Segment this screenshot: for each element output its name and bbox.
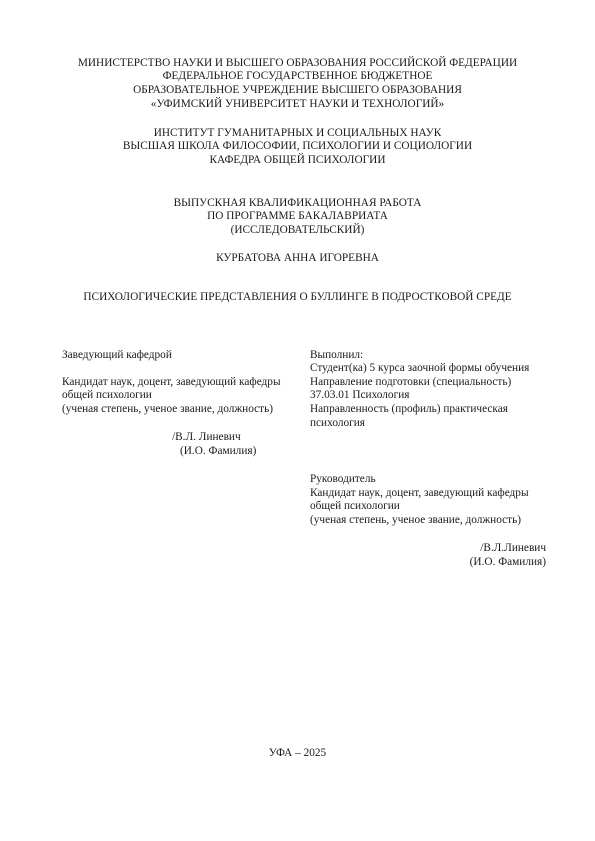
head-position-line: общей психологии — [62, 389, 152, 402]
thesis-title: ПСИХОЛОГИЧЕСКИЕ ПРЕДСТАВЛЕНИЯ О БУЛЛИНГЕ… — [0, 291, 595, 304]
work-type-line: (ИССЛЕДОВАТЕЛЬСКИЙ) — [0, 224, 595, 237]
supervisor-signature-caption: (И.О. Фамилия) — [470, 556, 546, 569]
supervisor-position-line: Кандидат наук, доцент, заведующий кафедр… — [310, 487, 529, 500]
head-signature: /В.Л. Линевич — [172, 431, 241, 444]
header-line: «УФИМСКИЙ УНИВЕРСИТЕТ НАУКИ И ТЕХНОЛОГИЙ… — [0, 98, 595, 111]
performer-line: Направленность (профиль) практическая — [310, 403, 508, 416]
header-line: ОБРАЗОВАТЕЛЬНОЕ УЧРЕЖДЕНИЕ ВЫСШЕГО ОБРАЗ… — [0, 84, 595, 97]
head-signature-caption: (И.О. Фамилия) — [180, 445, 256, 458]
header-line: МИНИСТЕРСТВО НАУКИ И ВЫСШЕГО ОБРАЗОВАНИЯ… — [0, 57, 595, 70]
performer-role: Выполнил: — [310, 349, 363, 362]
institute-line: КАФЕДРА ОБЩЕЙ ПСИХОЛОГИИ — [0, 154, 595, 167]
supervisor-position-line: общей психологии — [310, 500, 400, 513]
city-year-footer: УФА – 2025 — [0, 747, 595, 760]
supervisor-signature: /В.Л.Линевич — [480, 542, 546, 555]
author-name: КУРБАТОВА АННА ИГОРЕВНА — [0, 252, 595, 265]
work-type-line: ПО ПРОГРАММЕ БАКАЛАВРИАТА — [0, 210, 595, 223]
supervisor-role: Руководитель — [310, 473, 376, 486]
head-role: Заведующий кафедрой — [62, 349, 172, 362]
institute-line: ИНСТИТУТ ГУМАНИТАРНЫХ И СОЦИАЛЬНЫХ НАУК — [0, 127, 595, 140]
institute-line: ВЫСШАЯ ШКОЛА ФИЛОСОФИИ, ПСИХОЛОГИИ И СОЦ… — [0, 140, 595, 153]
performer-line: психология — [310, 417, 365, 430]
head-position-line: (ученая степень, ученое звание, должност… — [62, 403, 273, 416]
supervisor-position-line: (ученая степень, ученое звание, должност… — [310, 514, 521, 527]
work-type-line: ВЫПУСКНАЯ КВАЛИФИКАЦИОННАЯ РАБОТА — [0, 197, 595, 210]
performer-line: 37.03.01 Психология — [310, 389, 409, 402]
head-position-line: Кандидат наук, доцент, заведующий кафедр… — [62, 376, 281, 389]
performer-line: Направление подготовки (специальность) — [310, 376, 511, 389]
header-line: ФЕДЕРАЛЬНОЕ ГОСУДАРСТВЕННОЕ БЮДЖЕТНОЕ — [0, 70, 595, 83]
performer-line: Студент(ка) 5 курса заочной формы обучен… — [310, 362, 529, 375]
